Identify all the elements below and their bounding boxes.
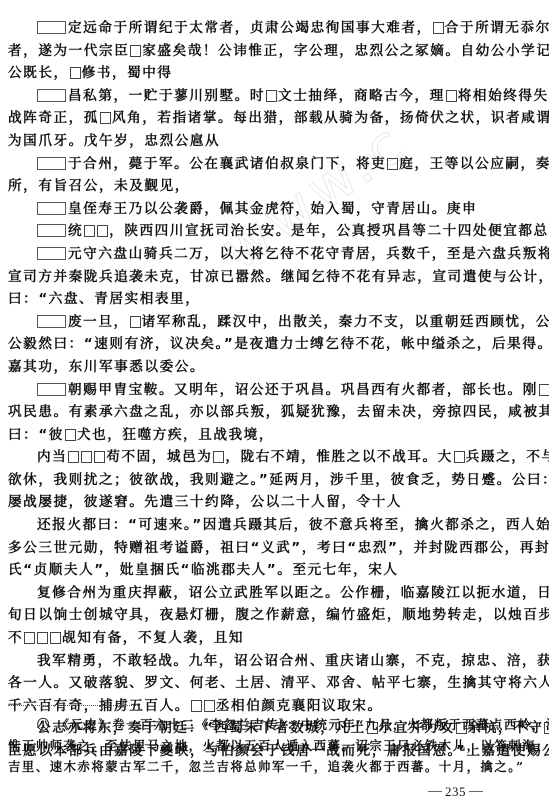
- missing-character-box: [70, 67, 81, 79]
- lacuna-box: [37, 383, 66, 396]
- missing-character-box: [68, 451, 79, 463]
- text-line: 多公三世元勋，特赠祖考谥爵，祖曰“义武”，考曰“忠烈”，并封陇西郡公，再封祖妣潘: [8, 537, 535, 560]
- text-line: 皇侄寿王乃以公袭爵，佩其金虎符，始入蜀，守青居山。庚申: [8, 198, 535, 221]
- footnote-separator: [8, 705, 140, 707]
- missing-character-box: [94, 451, 105, 463]
- missing-character-box: [191, 700, 202, 712]
- text-line: 巩民患。有素承六盘之乱，亦以部兵叛，狐疑犹豫，去留未决，旁掠四民，咸被其。公: [8, 401, 535, 424]
- footnote-line: 惟正帅师袭之，至怯里马之地，火都以五百人遁入西蕃。诏宗王只必铁木儿，以答剌海、察: [8, 735, 535, 756]
- text-line: 氏“贞顺夫人”，妣皇捆氏“临洮郡夫人”。至元七年，宋人: [8, 559, 535, 582]
- lacuna-box: [37, 247, 66, 260]
- text-line: 曰：“彼犬也，狂噬方疾，且战我境，: [8, 424, 535, 447]
- lacuna-box: [37, 224, 66, 237]
- text-line: 我军精勇，不敢轻战。九年，诏公诏合州、重庆诸山寨，不克，掠忠、涪，获令、簿: [8, 650, 535, 673]
- text-line: 定远命于所谓纪于太常者，贞肃公竭忠徇国事大难者，合于所谓无忝尔祖考: [8, 17, 535, 40]
- page-number: 235: [425, 784, 486, 800]
- text-line: 为国爪牙。戊午岁，忠烈公扈从: [8, 130, 535, 153]
- footnote: ① 《元史》卷一百六十二《李忽兰吉传》：中统元年“九月，火都叛于西蕃点西岭，汪惟…: [8, 714, 535, 777]
- missing-character-box: [130, 45, 141, 57]
- lacuna-box: [37, 21, 66, 34]
- text-line: 所，有旨召公，未及觐见，: [8, 175, 535, 198]
- missing-character-box: [50, 632, 61, 644]
- text-line: 元守六盘山骑兵二万，以大将乞待不花守青居，兵数千，至是六盘兵叛将北归，: [8, 243, 535, 266]
- missing-character-box: [204, 700, 215, 712]
- page-number-dash-right: [469, 791, 483, 792]
- page-number-dash-left: [428, 791, 442, 792]
- lacuna-box: [37, 315, 66, 328]
- document-page: www.c 定远命于所谓纪于太常者，贞肃公竭忠徇国事大难者，合于所谓无忝尔祖考者…: [0, 0, 549, 806]
- missing-character-box: [433, 22, 444, 34]
- text-line: 复修合州为重庆捍蔽，诏公立武胜军以距之。公作栅，临嘉陵江以扼水道，日必阅武，: [8, 582, 535, 605]
- text-line: 废一旦，诸军称乱，蹂汉中，出散关，秦力不支，以重朝廷西顾忧，公将奈何？”: [8, 311, 535, 334]
- lacuna-box: [37, 202, 66, 215]
- missing-character-box: [213, 451, 224, 463]
- missing-character-box: [84, 225, 95, 237]
- missing-character-box: [97, 225, 108, 237]
- missing-character-box: [387, 158, 398, 170]
- lacuna-box: [37, 89, 66, 102]
- text-line: 者，遂为一代宗臣家盛矣哉！公讳惟正，字公理，忠烈公之冢嫡。自幼公小学记诵超凡，: [8, 40, 535, 63]
- missing-character-box: [24, 632, 35, 644]
- text-line: 旬日以饷士创城守具，夜悬灯栅，腹之作薪意，编竹盛炬，顺地势转走，以烛百步外，闲: [8, 604, 535, 627]
- missing-character-box: [130, 316, 141, 328]
- missing-character-box: [37, 632, 48, 644]
- missing-character-box: [446, 90, 457, 102]
- text-line: 公毅然曰：“速则有济，议决矣。”是夜遣力士缚乞待不花，帐中缢杀之，后果得。及状上: [8, 333, 535, 356]
- text-line: 欲休，我则扰之；彼欲战，我则避之。”延两月，涉千里，彼食乏，势日蹙。公曰：“可矣…: [8, 469, 535, 492]
- missing-character-box: [454, 451, 465, 463]
- lacuna-box: [37, 157, 66, 170]
- text-line: 朝赐甲胄宝鞍。又明年，诏公还于巩昌。巩昌西有火都者，部长也。刚不为: [8, 379, 535, 402]
- text-line: 不觇知有备，不复人袭，且知: [8, 627, 535, 650]
- main-text: 定远命于所谓纪于太常者，贞肃公竭忠徇国事大难者，合于所谓无忝尔祖考者，遂为一代宗…: [8, 17, 535, 763]
- footnote-line: ① 《元史》卷一百六十二《李忽兰吉传》：中统元年“九月，火都叛于西蕃点西岭，汪: [8, 714, 535, 735]
- text-line: 统，陕西四川宣抚司治长安。是年，公真授巩昌等二十四处便宜都总帅。初: [8, 220, 535, 243]
- missing-character-box: [65, 429, 76, 441]
- missing-character-box: [81, 451, 92, 463]
- text-line: 于合州，薨于军。公在襄武诸伯叔泉门下，将吏庭，王等以公应嗣，奏于行在: [8, 153, 535, 176]
- footnote-line: 吉里、速木赤将蒙古军二千，忽兰吉将总帅军一千，追袭火都于西蕃。十月，擒之。”: [8, 756, 535, 777]
- missing-character-box: [100, 112, 111, 124]
- text-line: 公既长，修书，蜀中得: [8, 62, 535, 85]
- text-line: 战阵奇正，孤风角，若指诸掌。每出猎，部载从骑为备，扬倚伏之状，识者咸谓后必能: [8, 107, 535, 130]
- missing-character-box: [266, 90, 277, 102]
- text-line: 还报火都曰：“可速来。”因遣兵蹑其后，彼不意兵将至，擒火都杀之，西人始安。① 上: [8, 514, 535, 537]
- text-line: 屡战屡捷，彼遂窘。先遣三十约降，公以二十人留，令十人: [8, 491, 535, 514]
- text-line: 嘉其功，东川军事悉以委公。: [8, 356, 535, 379]
- text-line: 曰：“六盘、青居实相表里，: [8, 288, 535, 311]
- text-line: 宣司方并秦陇兵追袭未克，甘凉已嚣然。继闻乞待不花有异志，宣司遣使与公计，钱图之: [8, 266, 535, 289]
- text-line: 昌私第，一贮于蓼川别墅。时文士抽绎，商略古今，理将相始终得失，兵家: [8, 85, 535, 108]
- text-line: 各一人。又破落貌、罗文、何老、土居、清平、邓舍、帖平七寨，生擒其守将六人，户降: [8, 672, 535, 695]
- text-line: 内当苟不固，城邑为，陇右不靖，惟胜之以不战耳。大兵蹑之，不与战。彼: [8, 446, 535, 469]
- missing-character-box: [539, 384, 549, 396]
- page-number-value: 235: [445, 784, 466, 799]
